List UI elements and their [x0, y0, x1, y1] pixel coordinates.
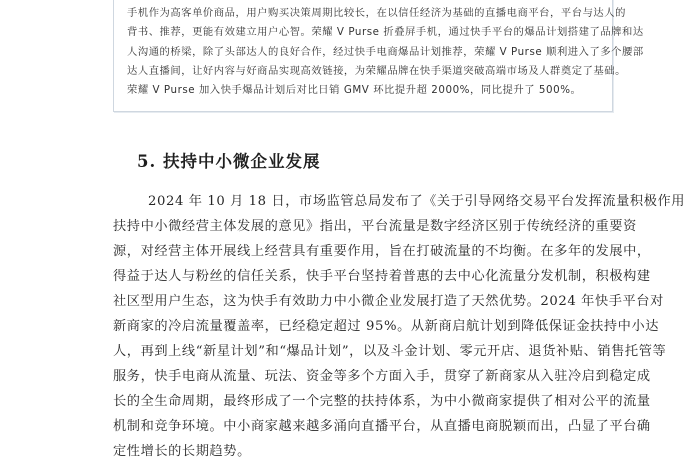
paragraph-line: 扶持中小微经营主体发展的意见》指出，平台流量是数字经济区别于传统经济的重要资	[113, 214, 615, 239]
callout-line: 荣耀 V Purse 加入快手爆品计划后对比日销 GMV 环比提升超 2000%…	[127, 81, 605, 100]
paragraph-line: 人，再到上线“新星计划”和“爆品计划”，以及斗金计划、零元开店、退货补贴、销售托…	[113, 339, 615, 364]
callout-line: 背书、推荐，更能有效建立用户心智。荣耀 V Purse 折叠屏手机，通过快手平台…	[127, 23, 605, 42]
callout-line: 达人直播间，让好内容与好商品实现高效链接，为荣耀品牌在快手渠道突破高端市场及人群…	[127, 62, 605, 81]
section-heading: 5. 扶持中小微企业发展	[137, 148, 320, 172]
paragraph-line: 定性增长的长期趋势。	[113, 439, 615, 464]
callout-line: 人沟通的桥梁，除了头部达人的良好合作，经过快手电商爆品计划推荐，荣耀 V Pur…	[127, 43, 605, 62]
body-paragraph: 2024 年 10 月 18 日，市场监管总局发布了《关于引导网络交易平台发挥流…	[113, 189, 615, 464]
paragraph-line: 社区型用户生态，这为快手有效助力中小微企业发展打造了天然优势。2024 年快手平…	[113, 289, 615, 314]
paragraph-line: 新商家的冷启流量覆盖率，已经稳定超过 95%。从新商启航计划到降低保证金扶持中小…	[113, 314, 615, 339]
paragraph-line: 2024 年 10 月 18 日，市场监管总局发布了《关于引导网络交易平台发挥流…	[113, 189, 615, 214]
callout-line: 手机作为高客单价商品，用户购买决策周期比较长，在以信任经济为基础的直播电商平台，…	[127, 4, 605, 23]
case-study-callout-box: 手机作为高客单价商品，用户购买决策周期比较长，在以信任经济为基础的直播电商平台，…	[113, 0, 613, 112]
callout-text: 手机作为高客单价商品，用户购买决策周期比较长，在以信任经济为基础的直播电商平台，…	[127, 4, 605, 100]
paragraph-line: 机制和竞争环境。中小商家越来越多涌向直播平台，从直播电商脱颖而出，凸显了平台确	[113, 414, 615, 439]
paragraph-line: 源，对经营主体开展线上经营具有重要作用，旨在打破流量的不均衡。在多年的发展中，	[113, 239, 615, 264]
paragraph-line: 服务，快手电商从流量、玩法、资金等多个方面入手，贯穿了新商家从入驻冷启到稳定成	[113, 364, 615, 389]
paragraph-line: 得益于达人与粉丝的信任关系，快手平台坚持着普惠的去中心化流量分发机制，积极构建	[113, 264, 615, 289]
paragraph-line: 长的全生命周期，最终形成了一个完整的扶持体系，为中小微商家提供了相对公平的流量	[113, 389, 615, 414]
